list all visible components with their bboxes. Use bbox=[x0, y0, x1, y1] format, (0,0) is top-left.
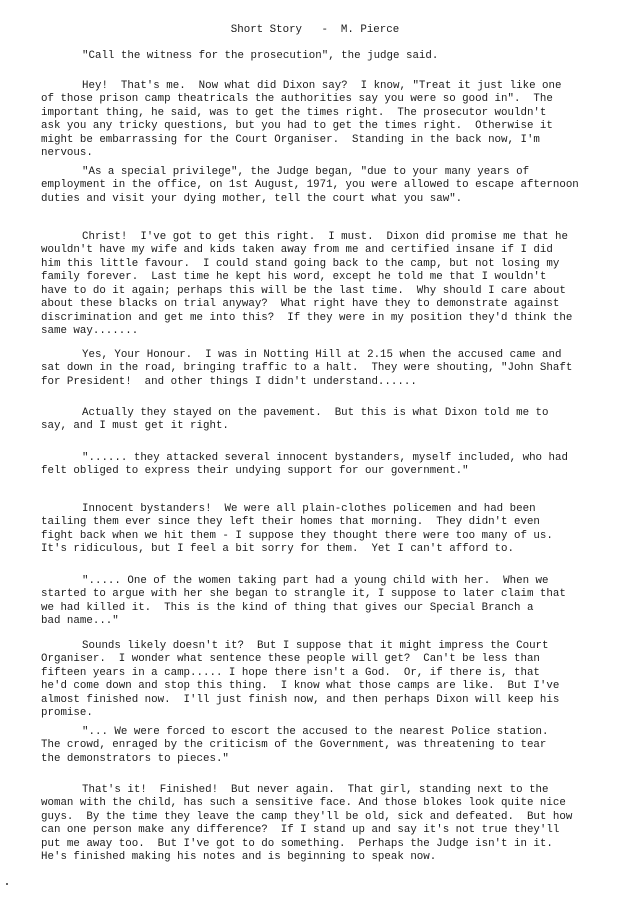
text-line: discrimination and get me into this? If … bbox=[41, 312, 611, 325]
text-line: put me away too. But I've got to do some… bbox=[41, 838, 611, 851]
text-line: him this little favour. I could stand go… bbox=[41, 258, 611, 271]
text-line: nervous. bbox=[41, 147, 611, 160]
text-line: Yes, Your Honour. I was in Notting Hill … bbox=[41, 349, 611, 362]
paragraph: Innocent bystanders! We were all plain-c… bbox=[41, 503, 611, 557]
text-line: "... We were forced to escort the accuse… bbox=[41, 726, 611, 739]
paragraph: "Call the witness for the prosecution", … bbox=[41, 50, 611, 63]
paragraph: Christ! I've got to get this right. I mu… bbox=[41, 231, 611, 339]
text-line: It's ridiculous, but I feel a bit sorry … bbox=[41, 543, 611, 556]
text-line: "..... One of the women taking part had … bbox=[41, 575, 611, 588]
paragraph: "...... they attacked several innocent b… bbox=[41, 452, 611, 479]
text-line: the demonstrators to pieces." bbox=[41, 753, 611, 766]
paper-speck bbox=[6, 883, 8, 885]
text-line: "...... they attacked several innocent b… bbox=[41, 452, 611, 465]
text-line: felt obliged to express their undying su… bbox=[41, 465, 611, 478]
text-line: ask you any tricky questions, but you ha… bbox=[41, 120, 611, 133]
text-line: might be embarrassing for the Court Orga… bbox=[41, 134, 611, 147]
text-line: he'd come down and stop this thing. I kn… bbox=[41, 680, 611, 693]
text-line: employment in the office, on 1st August,… bbox=[41, 179, 611, 192]
text-line: "As a special privilege", the Judge bega… bbox=[41, 166, 611, 179]
text-line: Christ! I've got to get this right. I mu… bbox=[41, 231, 611, 244]
text-line: about these blacks on trial anyway? What… bbox=[41, 298, 611, 311]
text-line: family forever. Last time he kept his wo… bbox=[41, 271, 611, 284]
text-line: The crowd, enraged by the criticism of t… bbox=[41, 739, 611, 752]
text-line: we had killed it. This is the kind of th… bbox=[41, 602, 611, 615]
text-line: same way....... bbox=[41, 325, 611, 338]
text-line: wouldn't have my wife and kids taken awa… bbox=[41, 244, 611, 257]
text-line: duties and visit your dying mother, tell… bbox=[41, 193, 611, 206]
text-line: bad name..." bbox=[41, 615, 611, 628]
typed-page: Short Story - M. Pierce "Call the witnes… bbox=[0, 0, 618, 900]
paragraph: "... We were forced to escort the accuse… bbox=[41, 726, 611, 766]
text-line: important thing, he said, was to get the… bbox=[41, 107, 611, 120]
paragraph: Sounds likely doesn't it? But I suppose … bbox=[41, 640, 611, 721]
text-line: "Call the witness for the prosecution", … bbox=[41, 50, 611, 63]
text-line: almost finished now. I'll just finish no… bbox=[41, 694, 611, 707]
text-line: have to do it again; perhaps this will b… bbox=[41, 285, 611, 298]
text-line: That's it! Finished! But never again. Th… bbox=[41, 784, 611, 797]
paragraph: "As a special privilege", the Judge bega… bbox=[41, 166, 611, 206]
text-line: of those prison camp theatricals the aut… bbox=[41, 93, 611, 106]
text-line: Sounds likely doesn't it? But I suppose … bbox=[41, 640, 611, 653]
text-line: can one person make any difference? If I… bbox=[41, 824, 611, 837]
text-line: fifteen years in a camp..... I hope ther… bbox=[41, 667, 611, 680]
text-line: fight back when we hit them - I suppose … bbox=[41, 530, 611, 543]
text-line: for President! and other things I didn't… bbox=[41, 376, 611, 389]
paragraph: That's it! Finished! But never again. Th… bbox=[41, 784, 611, 865]
story-title: Short Story - M. Pierce bbox=[0, 24, 618, 37]
paragraph: Yes, Your Honour. I was in Notting Hill … bbox=[41, 349, 611, 389]
text-line: Organiser. I wonder what sentence these … bbox=[41, 653, 611, 666]
text-line: Actually they stayed on the pavement. Bu… bbox=[41, 407, 611, 420]
text-line: Innocent bystanders! We were all plain-c… bbox=[41, 503, 611, 516]
text-line: woman with the child, has such a sensiti… bbox=[41, 797, 611, 810]
text-line: tailing them ever since they left their … bbox=[41, 516, 611, 529]
text-line: sat down in the road, bringing traffic t… bbox=[41, 362, 611, 375]
text-line: guys. By the time they leave the camp th… bbox=[41, 811, 611, 824]
paragraph: Hey! That's me. Now what did Dixon say? … bbox=[41, 80, 611, 161]
text-line: started to argue with her she began to s… bbox=[41, 588, 611, 601]
text-line: He's finished making his notes and is be… bbox=[41, 851, 611, 864]
text-line: say, and I must get it right. bbox=[41, 420, 611, 433]
paragraph: "..... One of the women taking part had … bbox=[41, 575, 611, 629]
paragraph: Actually they stayed on the pavement. Bu… bbox=[41, 407, 611, 434]
text-line: Hey! That's me. Now what did Dixon say? … bbox=[41, 80, 611, 93]
text-line: promise. bbox=[41, 707, 611, 720]
